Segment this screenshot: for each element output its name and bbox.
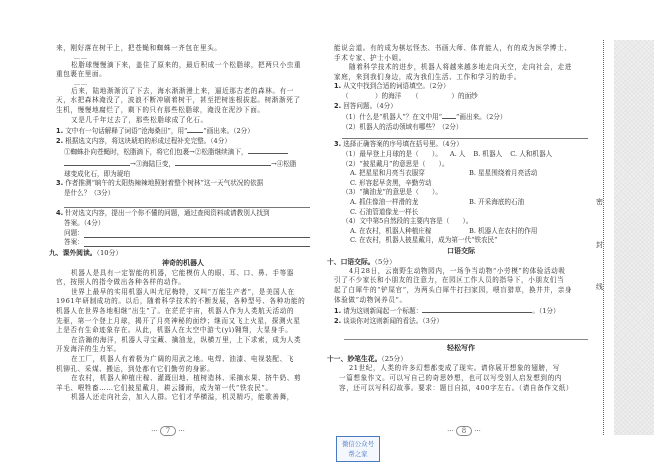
section-11-heading: 十一、妙笔生花。（25分） [327, 354, 588, 364]
passage-line: 又是几千年过去了，那些松脂球成了化石。 [56, 116, 310, 126]
news-line: 起了白犀牛的“铲屎官”，为两头白犀牛打扫家园，喂盲猎草，换井井，亲身 [334, 286, 588, 296]
question-number: 2. [334, 102, 341, 110]
section-10-heading: 十、口语交际。（5分） [327, 257, 588, 267]
question-text: 作者推测“晌午的太阳热辣辣地照射着整个树林”这一天气状况的依据 [65, 179, 263, 187]
question-2: 2. 回答问题。（4分） [334, 102, 588, 112]
process-step-4: →④松脂 [271, 160, 296, 168]
answer-blank[interactable] [64, 158, 130, 166]
answer-line[interactable] [64, 198, 310, 208]
sub-question-2: （2）机器人的活动领域有哪些？（2分） [334, 123, 588, 133]
writing-section-title: 轻松写作 [334, 343, 588, 354]
writing-prompt-line: 一篇想象作文。可以写自己的奇思妙想，也可以写受别人启发想到的内 [334, 374, 588, 384]
question-score: 。（1分） [532, 307, 559, 315]
choice-option[interactable]: A. 人 [450, 150, 466, 160]
question-number: 3. [334, 140, 341, 148]
question-number: 1. [334, 82, 341, 90]
title-answer-blank[interactable] [422, 305, 532, 313]
question-3: 3. 选择正确答案的序号填在括号里。（4分） [334, 140, 588, 150]
question-number: 2. [56, 137, 63, 145]
answer-blank[interactable] [175, 158, 271, 166]
choice-option[interactable]: B. 机器人 [473, 150, 502, 160]
stamp-line-1: 微信公众号 [337, 439, 379, 449]
section-9-heading: 九、课外阅读。（10分） [49, 248, 310, 258]
passage-line: 来，刚好落在树干上，把苍蝇和蜘蛛一齐包在里头。 [56, 44, 310, 54]
seal-char-feng: 封 [596, 240, 603, 250]
question-label: 问题： [64, 229, 84, 239]
answer-line[interactable] [344, 339, 588, 340]
section-score: （5分） [375, 258, 396, 266]
seal-fold-line [603, 40, 604, 435]
article-line: 随着科学技术的进步，机器人将越来越多地走向天空，走向社会，走进 [334, 63, 588, 73]
article-line: 官，按照人的指令做出各种各样的动作。 [56, 278, 310, 288]
oral-section-title: 口语交际 [334, 246, 588, 257]
article-line: 手术专家、护士小姐。 [334, 54, 588, 64]
article-line: 机器人还走向社会，加入人群。它们才华横溢，机灵精巧，能歌善舞， [56, 393, 310, 403]
question-text: 选择正确答案的序号填在括号里。（4分） [343, 140, 463, 148]
passage-line: 天，水把森林淹没了，波浪不断冲刷着树干，甚至把树连根拔起。树渐渐死了 [56, 96, 310, 106]
article-line: 机铆孔、采煤、搬运，到处都有它们勤劳的身影。 [56, 365, 310, 375]
section-heading-text: 十、口语交际。 [327, 258, 375, 266]
sub-question-text: （1）什么是“机器人”？在文中用“ [342, 113, 442, 121]
section-score: （10分） [97, 249, 123, 257]
process-step-end: 球变成化石，即为琥珀 [56, 170, 310, 180]
sub-question-1: （1）什么是“机器人”？在文中用“”画出来。（2分） [334, 111, 588, 123]
article-line: 家庭，来到我们身边，成为我们生活、工作和学习的助手。 [334, 73, 588, 83]
question-number: 4. [56, 209, 63, 217]
choice-stem: （3）“擒油龙”的意思是（ ）。 [334, 188, 588, 198]
section-heading-text: 九、课外阅读。 [49, 249, 97, 257]
choice-stem: （4）文中第5自然段的主要内容是（ ）。 [334, 217, 588, 227]
passage-line: 后来，陆地渐渐沉了下去，海水渐渐漫上来，逼近那古老的森林。有一 [56, 87, 310, 97]
article-line: 先驱，第一个登上月球，揭开了月亮神秘的面纱；继而又飞上火星，探测火星 [56, 317, 310, 327]
choice-option[interactable]: B. 开采海底的石油 [469, 198, 588, 208]
choice-stem: （1）最早登上月球的是（ ）。 [342, 150, 442, 160]
question-number: 1. [56, 127, 63, 135]
article-line: 在农村，机器人种植庄稼、灌溉田地、植树造林、采摘水果、挤牛奶、剪 [56, 374, 310, 384]
question-1: 1. 从文中找到合适的词语填空。（2分） [334, 82, 588, 92]
choice-option[interactable]: A. 在农村，机器人种植庄稼 [350, 227, 469, 237]
question-input-line[interactable] [84, 229, 310, 238]
question-number: 1. [334, 307, 341, 315]
process-step-1: ①蜘蛛扑向苍蝇时，松脂滴下，将它们包裹→②松脂继续滴下， [64, 148, 248, 156]
answer-input-line[interactable] [84, 238, 310, 247]
choice-item-1: （1）最早登上月球的是（ ）。 A. 人 B. 机器人 C. 人和机器人 [334, 150, 588, 160]
process-step-line: ①蜘蛛扑向苍蝇时，松脂滴下，将它们包裹→②松脂继续滴下， [56, 146, 310, 158]
question-2: 2. 根据选文内容，将这块琥珀的形成过程补充完整。（4分） [56, 137, 310, 147]
watermark-stamp: 微信公众号 帮之家 [336, 436, 380, 462]
question-text: 根据选文内容，将这块琥珀的形成过程补充完整。（4分） [65, 137, 231, 145]
news-line: 体验做“动物饲养员”。 [334, 296, 588, 306]
question-text: 是什么？（3分） [56, 189, 310, 199]
article-line: 羊毛、喂牲畜……它们披星戴月，耕云播雨，成为第一代“铁农民”。 [56, 384, 310, 394]
news-line: 引了不少家长和小朋友的注意力，在园区工作人员的指导下，小朋友们当 [334, 276, 588, 286]
passage-line: 生机，慢慢地腐烂了，剩下的只有那些松脂球，淹没在泥沙下面。 [56, 106, 310, 116]
answer-line[interactable] [342, 132, 588, 139]
article-title: 神奇的机器人 [56, 258, 310, 269]
writing-prompt-line: 容，还可以写科幻故事。要求：题目自拟，400字左右。（请自备作文纸） [334, 384, 588, 394]
question-number: 2. [334, 317, 341, 325]
choice-options: A. 在农村，机器人种植庄稼 B. 机器人在农村的作用 [334, 227, 588, 237]
process-step-line: →③海陆巨变，→④松脂 [56, 158, 310, 170]
page-number-7: ···7··· [138, 426, 198, 436]
question-field: 问题： [56, 229, 310, 239]
article-line: 上是否有生命迹象存在。从此，机器人在太空中游弋(yì)翱翔，大显身手。 [56, 326, 310, 336]
question-text: 针对选文内容，提出一个你不懂的问题，通过查阅资料或请教别人找到 [65, 209, 269, 217]
answer-blank[interactable] [187, 125, 203, 133]
seal-char-mi: 密 [596, 197, 603, 207]
choice-option[interactable]: B. 机器人在农村的作用 [469, 227, 588, 237]
choice-option[interactable]: B. 星星围绕着月亮活动 [469, 169, 588, 179]
question-number: 3. [56, 179, 63, 187]
passage-line: 重包裹在里面。 [56, 70, 310, 80]
choice-stem: （2）“披星戴月”的意思是（ ）。 [334, 160, 588, 170]
choice-options: A. 把星星和月亮当衣服穿 B. 星星围绕着月亮活动 [334, 169, 588, 179]
article-line: 机器人是具有一定智能的机器，它能模仿人的眼、耳、口、鼻、手等器 [56, 269, 310, 279]
oral-question-1: 1. 请为这则新闻起一个标题：。（1分） [334, 305, 588, 317]
answer-blank[interactable] [442, 111, 456, 119]
sub-question-text: ”画出来。（2分） [456, 113, 506, 121]
question-4: 4. 针对选文内容，提出一个你不懂的问题，通过查阅资料或请教别人找到 [56, 209, 310, 219]
page-number-cloud: 8 [456, 426, 472, 436]
ellipsis: …… [56, 80, 310, 87]
question-1: 1. 文中有一句话解释了词语“沧海桑田”，用“”画出来。（2分） [56, 125, 310, 137]
choice-option[interactable]: C. 形容起早贪黑，辛勤劳动 [334, 179, 588, 189]
article-line: 1961年研制成功的。以后，随着科学技术的不断发展，各种型号、各种功能的 [56, 297, 310, 307]
answer-label: 答案： [64, 238, 84, 248]
choice-option[interactable]: C. 石油管道像龙一样长 [334, 208, 588, 218]
article-line: 能说会道。有的成为棋坛怪杰、书画大师、体育能人，有的成为医学博士、 [334, 44, 588, 54]
process-step-3: →③海陆巨变， [130, 160, 175, 168]
question-text: 谈谈你对这则新闻的看法。（3分） [343, 317, 443, 325]
page-number-cloud: 7 [160, 426, 176, 436]
fill-blank-2[interactable]: （ ）的面纱 [412, 92, 478, 100]
question-text: 回答问题。（4分） [343, 102, 397, 110]
passage-line: 松脂球慢慢滴下来，盖住了原来的，最后积成一个松脂球，把两只小虫重 [56, 61, 310, 71]
answer-blank[interactable] [248, 146, 288, 154]
question-text: 文中有一句话解释了词语“沧海桑田”，用“ [65, 127, 187, 135]
article-line: 开发海洋的生力军。 [56, 345, 310, 355]
choice-option[interactable]: C. 在农村，机器人披星戴月，成为第一代“铁农民” [334, 236, 588, 246]
page-8: 能说会道。有的成为棋坛怪杰、书画大师、体育能人，有的成为医学博士、 手术专家、护… [334, 44, 588, 393]
page-number-8: ···8··· [434, 426, 494, 436]
article-line: 机器人在世界各地相继“出生”了。在茫茫宇宙，机器人作为人类航天活动的 [56, 307, 310, 317]
question-text: 请为这则新闻起一个标题： [343, 307, 422, 315]
fill-blank-1[interactable]: （ ）的海洋 [342, 92, 401, 100]
section-heading-text: 十一、妙笔生花。 [327, 355, 381, 363]
writing-prompt-line: 21世纪，人类的许多幻想都变成了现实。请你展开想象的翅膀，写 [334, 364, 588, 374]
article-line: 在工厂，机器人有着极为广阔的用武之地。电焊、油漆、电视装配、飞 [56, 355, 310, 365]
seal-char-xian: 线 [596, 282, 603, 292]
section-score: （25分） [381, 355, 407, 363]
answer-field: 答案： [56, 238, 310, 248]
question-text: 答案。（4分） [56, 219, 310, 229]
choice-option[interactable]: A. 抓住像油一样滑的龙 [350, 198, 469, 208]
binding-margin [614, 40, 654, 435]
question-text: ”画出来。（2分） [203, 127, 253, 135]
question-3: 3. 作者推测“晌午的太阳热辣辣地照射着整个树林”这一天气状况的依据 [56, 179, 310, 189]
ellipsis: …… [56, 54, 310, 61]
question-text: 从文中找到合适的词语填空。（2分） [343, 82, 449, 90]
article-line: 在浩瀚的海洋，机器人寻宝藏、擒油龙，纵横万里，上下求索，成为人类 [56, 336, 310, 346]
page-7: 来，刚好落在树干上，把苍蝇和蜘蛛一齐包在里头。 …… 松脂球慢慢滴下来，盖住了原… [56, 44, 310, 403]
oral-question-2: 2. 谈谈你对这则新闻的看法。（3分） [334, 317, 588, 327]
choice-option[interactable]: A. 把星星和月亮当衣服穿 [350, 169, 469, 179]
choice-option[interactable]: C. 人和机器人 [510, 150, 552, 160]
fill-blanks: （ ）的海洋 （ ）的面纱 [334, 92, 588, 102]
choice-options: A. 抓住像油一样滑的龙 B. 开采海底的石油 [334, 198, 588, 208]
stamp-line-2: 帮之家 [337, 449, 379, 459]
